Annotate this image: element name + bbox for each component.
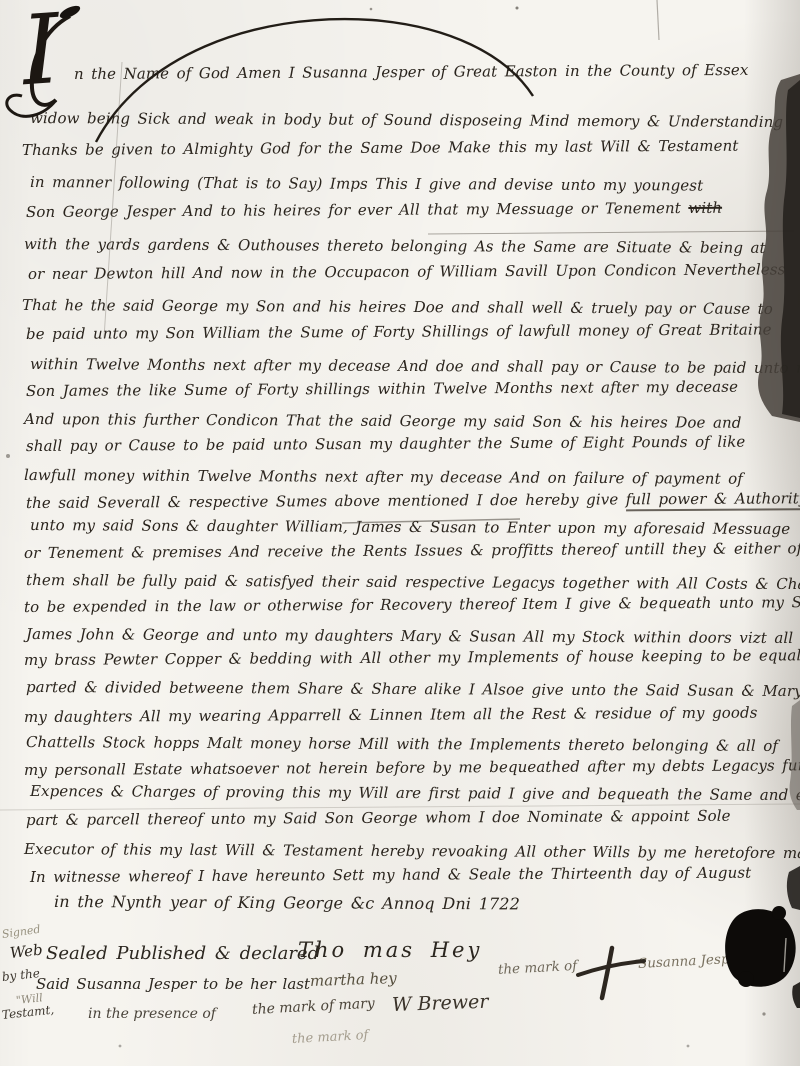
underscored-phrase: full power & Authority <box>626 489 800 511</box>
manuscript-line-16: unto my said Sons & daughter William, Ja… <box>30 517 790 537</box>
manuscript-line-15: the said Severall & respective Sumes abo… <box>26 490 800 511</box>
edge-mark-lower <box>792 982 800 1008</box>
ink-speck <box>762 1012 765 1015</box>
manuscript-line-23: my daughters All my wearing Apparrell & … <box>24 705 758 726</box>
manuscript-line-21: my brass Pewter Copper & bedding with Al… <box>24 647 800 668</box>
manuscript-line-7: or near Dewton hill And now in the Occup… <box>28 261 785 282</box>
margin-note-by-the: by the <box>1 966 40 984</box>
testatrix-cross-mark <box>602 948 612 998</box>
manuscript-line-5: Son George Jesper And to his heires for … <box>26 200 722 221</box>
margin-note-testamt: Testamt, <box>1 1003 55 1022</box>
manuscript-line-20: James John & George and unto my daughter… <box>26 626 793 647</box>
manuscript-line-11: Son James the like Sume of Forty shillin… <box>26 379 738 400</box>
witness-signature-thomas-hey: Tho mas Hey <box>298 938 482 962</box>
manuscript-line-6: with the yards gardens & Outhouses there… <box>24 236 766 256</box>
will-scan-page: I n the Name of God Amen I Susanna Jespe… <box>0 0 800 1066</box>
witness-mark-mary-prefix: the mark of mary <box>252 996 376 1018</box>
manuscript-line-30: in the Nynth year of King George &c Anno… <box>54 893 520 913</box>
manuscript-line-4: in manner following (That is to Say) Imp… <box>30 174 703 194</box>
ink-speck <box>687 1045 690 1048</box>
testatrix-cross-mark-bar <box>578 961 644 975</box>
manuscript-line-1: n the Name of God Amen I Susanna Jesper … <box>74 62 748 83</box>
testatrix-mark-name: Susanna Jesper <box>638 950 745 972</box>
testatrix-mark-prefix: the mark of <box>498 958 578 978</box>
manuscript-line-24: Chattells Stock hopps Malt money horse M… <box>26 734 778 754</box>
witness-signature-martha-hey: martha hey <box>310 969 397 990</box>
struck-word: with <box>688 199 722 217</box>
ink-speck <box>119 1045 122 1048</box>
manuscript-line-13: shall pay or Cause to be paid unto Susan… <box>26 434 745 455</box>
attestation-declaration-3: in the presence of <box>88 1006 216 1022</box>
manuscript-line-19: to be expended in the law or otherwise f… <box>24 594 800 615</box>
manuscript-line-18: them shall be fully paid & satisfyed the… <box>26 572 800 593</box>
witness-ghost-mark-text: the mark of <box>292 1028 369 1047</box>
edge-mark-upper <box>787 866 800 910</box>
ink-speck <box>370 8 373 11</box>
wax-seal <box>725 909 796 987</box>
manuscript-line-22: parted & divided betweene them Share & S… <box>26 679 800 700</box>
manuscript-line-14: lawfull money within Twelve Months next … <box>24 467 743 487</box>
top-fold-crease <box>657 0 659 40</box>
witness-signature-brewer: W Brewer <box>392 991 489 1016</box>
ink-speck <box>6 454 10 458</box>
margin-note-signed: Signed <box>1 923 41 941</box>
manuscript-line-29: In witnesse whereof I have hereunto Sett… <box>30 865 751 886</box>
wax-seal-bump-2 <box>772 906 786 920</box>
manuscript-line-12: And upon this further Condicon That the … <box>24 411 742 431</box>
manuscript-line-17: or Tenement & premises And receive the R… <box>24 540 800 561</box>
horizontal-rule-line <box>428 231 794 234</box>
drop-cap-initial: I <box>19 1 64 99</box>
wax-seal-bump <box>738 971 754 987</box>
flourish-ink-blob <box>58 3 82 20</box>
manuscript-line-9: be paid unto my Son William the Sume of … <box>26 321 772 342</box>
ink-speck <box>516 7 519 10</box>
margin-note-web: Web <box>9 941 43 962</box>
manuscript-line-26: Expences & Charges of proving this my Wi… <box>30 783 800 804</box>
manuscript-line-25: my personall Estate whatsoever not herei… <box>24 757 800 778</box>
attestation-declaration-2: Said Susanna Jesper to be her last <box>36 975 310 993</box>
line-5-text: Son George Jesper And to his heires for … <box>26 199 688 221</box>
line-15-text: the said Severall & respective Sumes abo… <box>26 490 626 512</box>
manuscript-line-28: Executor of this my last Will & Testamen… <box>24 841 800 862</box>
attestation-declaration-1: Sealed Published & declared <box>46 943 319 964</box>
manuscript-line-2: widow being Sick and weak in body but of… <box>30 110 783 130</box>
manuscript-line-27: part & parcell thereof unto my Said Son … <box>26 808 731 829</box>
manuscript-line-8: That he the said George my Son and his h… <box>22 297 773 317</box>
manuscript-line-3: Thanks be given to Almighty God for the … <box>22 138 739 159</box>
seal-scratch <box>784 938 786 972</box>
manuscript-line-10: within Twelve Months next after my decea… <box>30 356 800 377</box>
